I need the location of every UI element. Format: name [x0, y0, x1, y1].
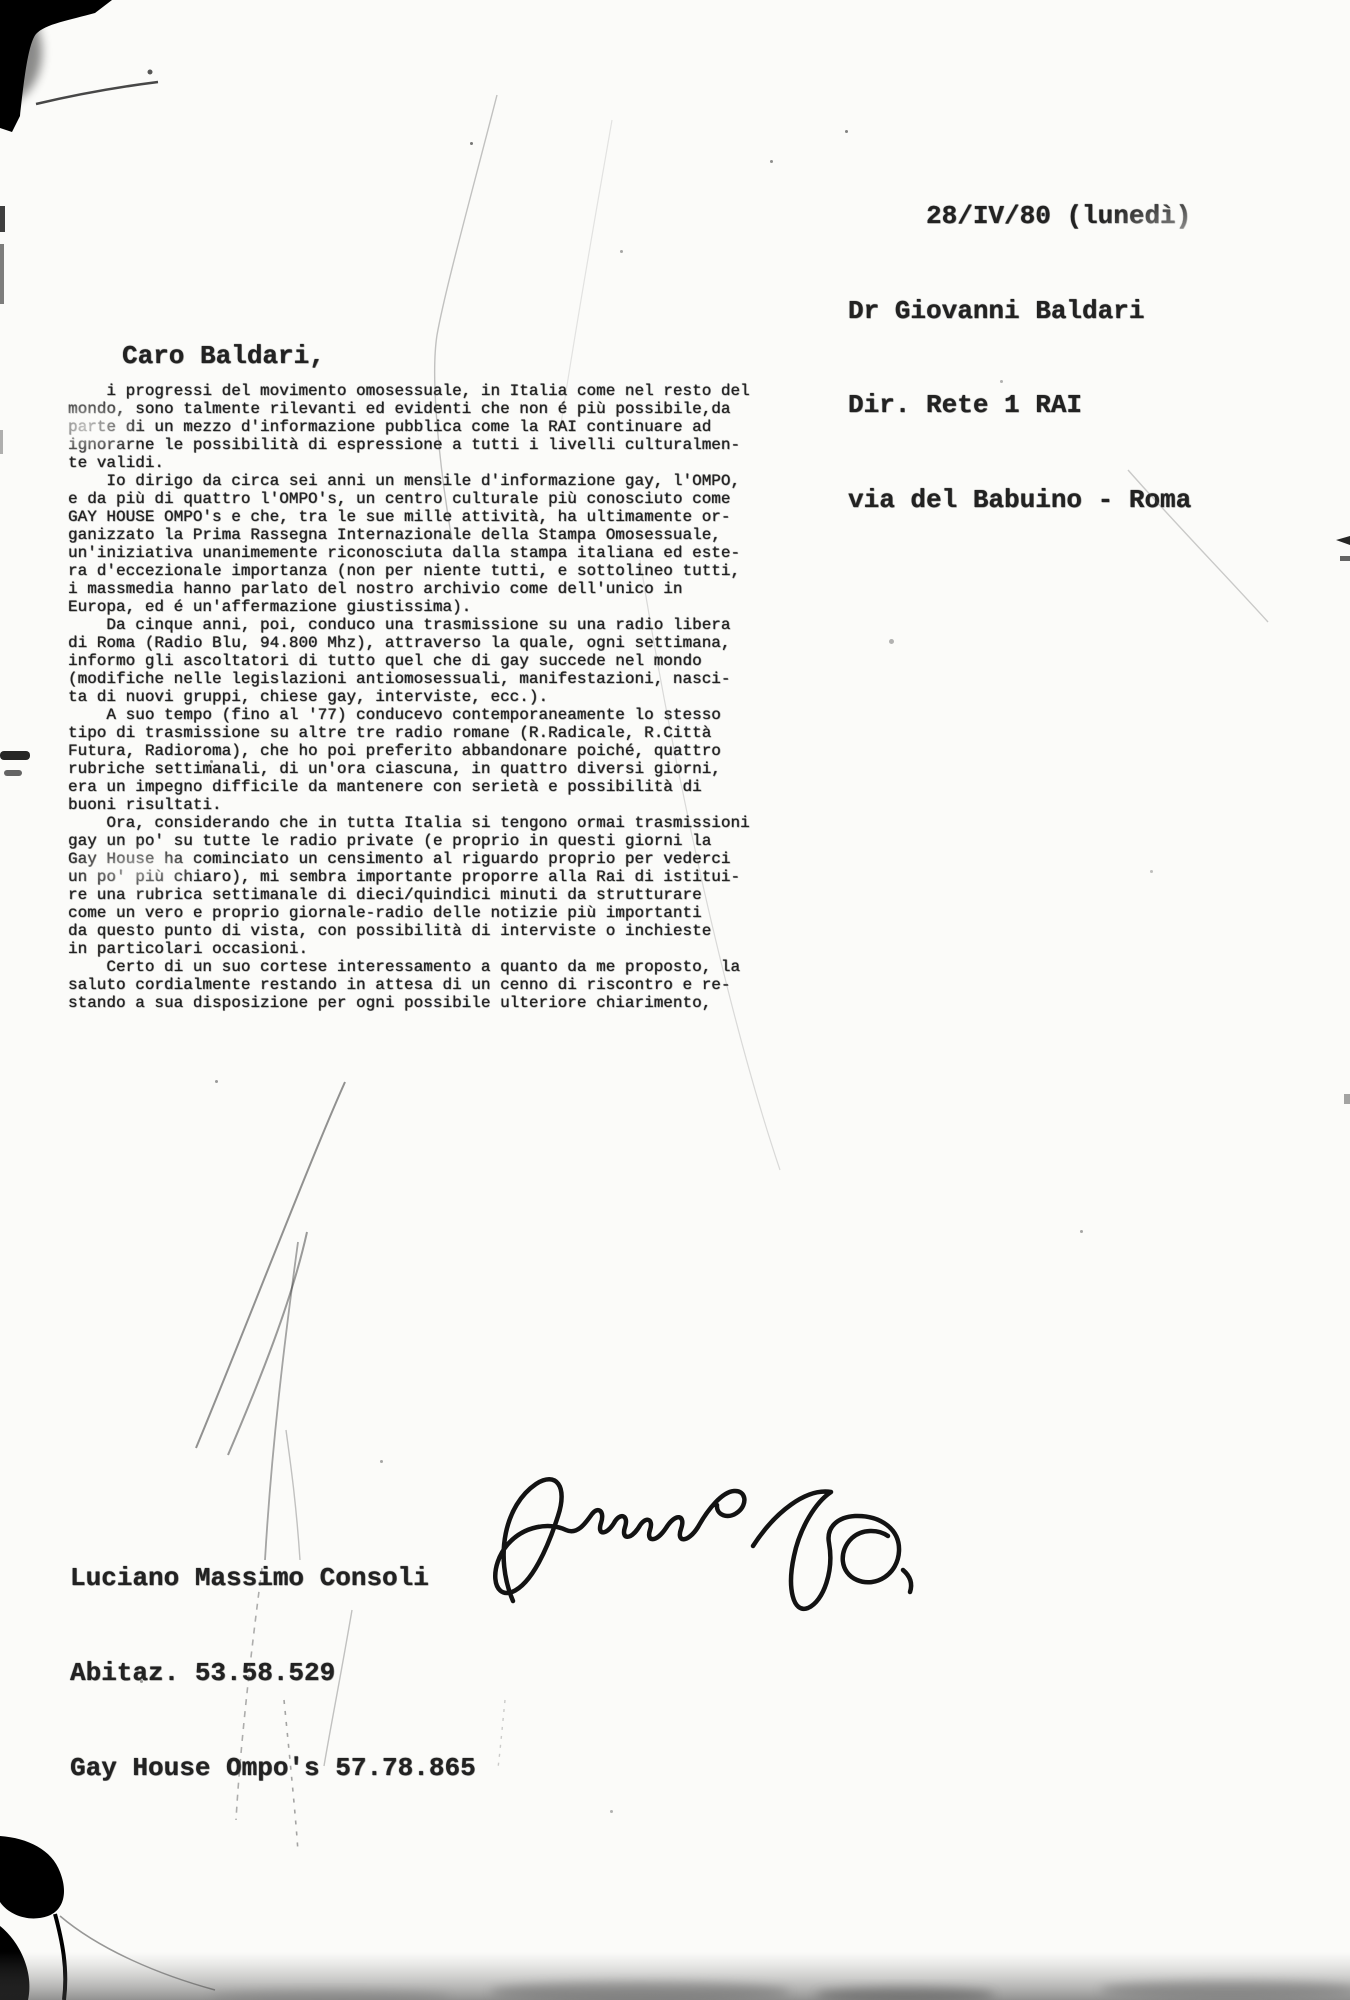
paragraph-4: A suo tempo (fino al '77) conducevo cont…	[68, 706, 750, 814]
signature-comma-mark	[903, 1570, 911, 1592]
top-left-tear	[0, 0, 158, 132]
recipient-name: Dr Giovanni Baldari	[848, 295, 1191, 328]
paragraph-1: i progressi del movimento omosessuale, i…	[68, 382, 750, 472]
date-line: 28/IV/80 (lunedì)	[848, 200, 1191, 233]
paragraph-5: Ora, considerando che in tutta Italia si…	[68, 814, 750, 958]
salutation: Caro Baldari,	[122, 341, 325, 372]
bottom-scan-band	[0, 1952, 1350, 2000]
left-edge-marks	[0, 206, 30, 776]
sender-phone-home: Abitaz. 53.58.529	[70, 1657, 476, 1690]
bottom-left-tear	[0, 1836, 215, 2000]
right-edge-marks	[1336, 536, 1350, 1104]
scanned-letter-page: 28/IV/80 (lunedì) Dr Giovanni Baldari Di…	[0, 0, 1350, 2000]
signature-block: Luciano Massimo Consoli Abitaz. 53.58.52…	[70, 1500, 476, 1847]
paragraph-3: Da cinque anni, poi, conduco una trasmis…	[68, 616, 750, 706]
signature-scrawl	[495, 1479, 744, 1601]
sender-phone-club: Gay House Ompo's 57.78.865	[70, 1752, 476, 1785]
recipient-address: via del Babuino - Roma	[848, 484, 1191, 517]
scan-speckles	[470, 142, 473, 145]
letter-header: 28/IV/80 (lunedì) Dr Giovanni Baldari Di…	[848, 138, 1191, 578]
sender-name: Luciano Massimo Consoli	[70, 1562, 476, 1595]
signature-scrawl-2	[753, 1492, 899, 1609]
paragraph-2: Io dirigo da circa sei anni un mensile d…	[68, 472, 750, 616]
letter-body: i progressi del movimento omosessuale, i…	[68, 382, 750, 1012]
paragraph-6: Certo di un suo cortese interessamento a…	[68, 958, 750, 1012]
recipient-title: Dir. Rete 1 RAI	[848, 389, 1191, 422]
